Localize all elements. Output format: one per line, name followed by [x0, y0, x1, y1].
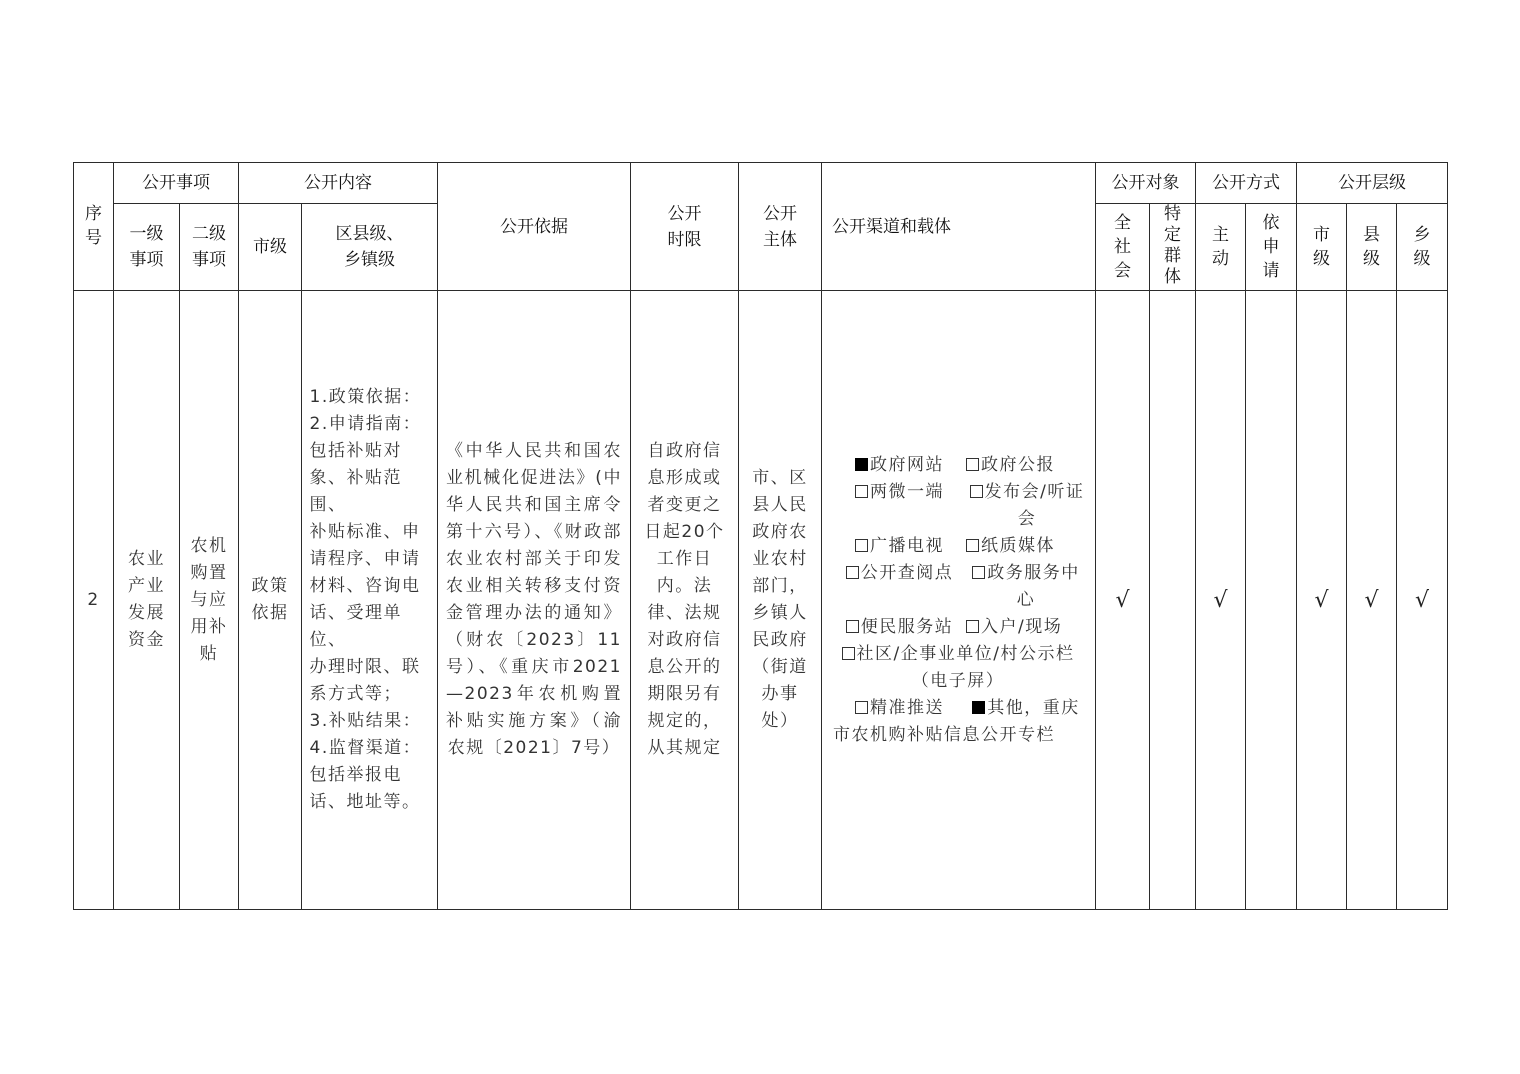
checkbox-checked-icon: [855, 458, 868, 471]
header-audience-specific: 特定群体: [1150, 204, 1196, 291]
cell-content-city-text: 政策依据: [250, 573, 291, 627]
header-content-group: 公开内容: [239, 163, 438, 204]
cell-item-level1-text: 农业产业发展资金: [126, 546, 167, 654]
content-line: 象、补贴范围、: [310, 465, 430, 519]
cell-method-request: [1246, 291, 1297, 910]
channel-label: 公开查阅点: [861, 563, 954, 583]
header-timelimit: 公开 时限: [631, 163, 739, 291]
header-audience-group: 公开对象: [1096, 163, 1196, 204]
channel-weibo-wechat-app: 两微一端: [833, 479, 966, 533]
header-audience-specific-label: 特定群体: [1163, 204, 1182, 288]
content-line: 2.申请指南：: [310, 411, 430, 438]
checkbox-empty-icon: [966, 620, 979, 633]
channel-row: 社区/企事业单位/村公示栏（电子屏）: [833, 641, 1089, 695]
cell-subject: 市、区县人民政府农业农村部门，乡镇人民政府（街道办事处）: [739, 291, 822, 910]
cell-level-county-check: √: [1347, 291, 1397, 910]
checkbox-empty-icon: [846, 620, 859, 633]
cell-content-city: 政策依据: [239, 291, 302, 910]
cell-audience-specific: [1150, 291, 1196, 910]
header-level-city: 市级: [1297, 204, 1347, 291]
header-item-level2-label: 二级事项: [189, 221, 230, 273]
header-method-group: 公开方式: [1196, 163, 1297, 204]
channel-row: 市农机购补贴信息公开专栏: [833, 722, 1089, 749]
cell-item-level2: 农机购置与应用补贴: [180, 291, 239, 910]
header-method-active-label: 主动: [1211, 223, 1230, 271]
cell-basis: 《中华人民共和国农业机械化促进法》(中华人民共和国主席令第十六号）、《财政部 农…: [438, 291, 631, 910]
content-line: 4.监督渠道：: [310, 735, 430, 762]
content-line: 包括补贴对: [310, 438, 430, 465]
channel-row: 两微一端 发布会/听证会: [833, 479, 1089, 533]
header-timelimit-line2: 时限: [631, 227, 738, 253]
channel-label: 社区/企事业单位/村公示栏（电子屏）: [857, 644, 1075, 691]
channel-label: 便民服务站: [861, 617, 954, 637]
cell-method-active-check: √: [1196, 291, 1246, 910]
header-method-request: 依申请: [1246, 204, 1297, 291]
header-level-group: 公开层级: [1297, 163, 1448, 204]
content-line: 话、受理单位、: [310, 600, 430, 654]
cell-audience-all-check: √: [1096, 291, 1150, 910]
channel-door-to-door: 入户/现场: [966, 614, 1062, 641]
content-line: 请程序、申请: [310, 546, 430, 573]
cell-item-level2-text: 农机购置与应用补贴: [189, 533, 230, 668]
header-level-township: 乡级: [1397, 204, 1448, 291]
content-line: 1.政策依据：: [310, 384, 430, 411]
header-item-level1-label: 一级事项: [126, 221, 167, 273]
checkbox-empty-icon: [970, 485, 983, 498]
channel-row: 公开查阅点 政务服务中心: [833, 560, 1089, 614]
channel-gov-gazette: 政府公报: [966, 452, 1055, 479]
header-content-county-line1: 区县级、: [302, 221, 437, 247]
channel-public-reading-point: 公开查阅点: [833, 560, 966, 614]
checkbox-empty-icon: [972, 566, 985, 579]
channel-row: 便民服务站 入户/现场: [833, 614, 1089, 641]
header-content-county: 区县级、 乡镇级: [302, 204, 438, 291]
content-line: 3.补贴结果：: [310, 708, 430, 735]
header-level-city-label: 市级: [1312, 223, 1331, 271]
content-line: 系方式等；: [310, 681, 430, 708]
header-content-city: 市级: [239, 204, 302, 291]
cell-level-city-check: √: [1297, 291, 1347, 910]
disclosure-table: 序号 公开事项 公开内容 公开依据 公开 时限 公开 主体 公开渠道和载体 公开…: [73, 162, 1448, 910]
timelimit-text: 自政府信息形成或者变更之日起20个工作日内。法律、法规对政府信息公开的期限另有规…: [641, 438, 729, 762]
header-level-township-label: 乡级: [1413, 223, 1432, 271]
cell-seq: 2: [74, 291, 114, 910]
channel-label: 发布会/听证会: [985, 482, 1085, 529]
cell-item-level1: 农业产业发展资金: [114, 291, 180, 910]
cell-timelimit: 自政府信息形成或者变更之日起20个工作日内。法律、法规对政府信息公开的期限另有规…: [631, 291, 739, 910]
channel-label: 政府网站: [870, 455, 944, 475]
header-audience-all-label: 全社会: [1113, 211, 1132, 283]
channel-convenience-station: 便民服务站: [833, 614, 966, 641]
header-audience-all: 全社会: [1096, 204, 1150, 291]
channel-service-center: 政务服务中心: [966, 560, 1086, 614]
header-level-county-label: 县级: [1362, 223, 1381, 271]
header-subject-line2: 主体: [739, 227, 821, 253]
checkbox-empty-icon: [842, 647, 855, 660]
channel-press-hearing: 发布会/听证会: [966, 479, 1088, 533]
header-seq: 序号: [74, 163, 114, 291]
header-content-county-line2: 乡镇级: [302, 247, 437, 273]
header-item-level2: 二级事项: [180, 204, 239, 291]
header-item-group: 公开事项: [114, 163, 239, 204]
channel-row: 政府网站 政府公报: [833, 452, 1089, 479]
channel-label: 广播电视: [870, 536, 944, 556]
channel-other-continued: 市农机购补贴信息公开专栏: [833, 722, 1055, 749]
checkbox-empty-icon: [846, 566, 859, 579]
basis-text: 《中华人民共和国农业机械化促进法》(中华人民共和国主席令第十六号）、《财政部 农…: [446, 438, 622, 762]
subject-text: 市、区县人民政府农业农村部门，乡镇人民政府（街道办事处）: [750, 465, 810, 735]
header-level-county: 县级: [1347, 204, 1397, 291]
header-seq-label: 序号: [84, 202, 103, 250]
checkbox-empty-icon: [966, 539, 979, 552]
content-line: 补贴标准、申: [310, 519, 430, 546]
channel-gov-website: 政府网站: [833, 452, 966, 479]
content-line: 包括举报电: [310, 762, 430, 789]
channel-print-media: 纸质媒体: [966, 533, 1055, 560]
header-method-request-label: 依申请: [1262, 211, 1281, 283]
channel-broadcast-tv: 广播电视: [833, 533, 966, 560]
content-line: 办理时限、联: [310, 654, 430, 681]
header-method-active: 主动: [1196, 204, 1246, 291]
content-line: 话、地址等。: [310, 789, 430, 816]
channel-label: 政务服务中心: [987, 563, 1080, 610]
channel-label: 其他，重庆: [987, 698, 1080, 718]
header-item-level1: 一级事项: [114, 204, 180, 291]
checkbox-empty-icon: [855, 701, 868, 714]
checkbox-empty-icon: [855, 485, 868, 498]
channel-label: 两微一端: [870, 482, 944, 502]
header-channels: 公开渠道和载体: [822, 163, 1096, 291]
checkbox-empty-icon: [966, 458, 979, 471]
header-timelimit-line1: 公开: [631, 201, 738, 227]
header-basis: 公开依据: [438, 163, 631, 291]
channel-bulletin-board: 社区/企事业单位/村公示栏（电子屏）: [833, 641, 1083, 695]
channel-other: 其他，重庆: [966, 695, 1086, 722]
cell-channels: 政府网站 政府公报 两微一端 发布会/听证会 广播电视 纸质媒体 公开查阅点 政…: [822, 291, 1096, 910]
channel-targeted-push: 精准推送: [833, 695, 966, 722]
cell-level-township-check: √: [1397, 291, 1448, 910]
table-row: 2 农业产业发展资金 农机购置与应用补贴 政策依据 1.政策依据： 2.申请指南…: [74, 291, 1448, 910]
channel-label: 入户/现场: [981, 617, 1062, 637]
header-subject: 公开 主体: [739, 163, 822, 291]
content-county-list: 1.政策依据： 2.申请指南： 包括补贴对 象、补贴范围、 补贴标准、申 请程序…: [310, 384, 430, 816]
header-subject-line1: 公开: [739, 201, 821, 227]
content-line: 材料、咨询电: [310, 573, 430, 600]
channel-label: 纸质媒体: [981, 536, 1055, 556]
cell-content-county: 1.政策依据： 2.申请指南： 包括补贴对 象、补贴范围、 补贴标准、申 请程序…: [302, 291, 438, 910]
checkbox-checked-icon: [972, 701, 985, 714]
channel-label: 精准推送: [870, 698, 944, 718]
channel-label: 政府公报: [981, 455, 1055, 475]
checkbox-empty-icon: [855, 539, 868, 552]
channel-row: 广播电视 纸质媒体: [833, 533, 1089, 560]
